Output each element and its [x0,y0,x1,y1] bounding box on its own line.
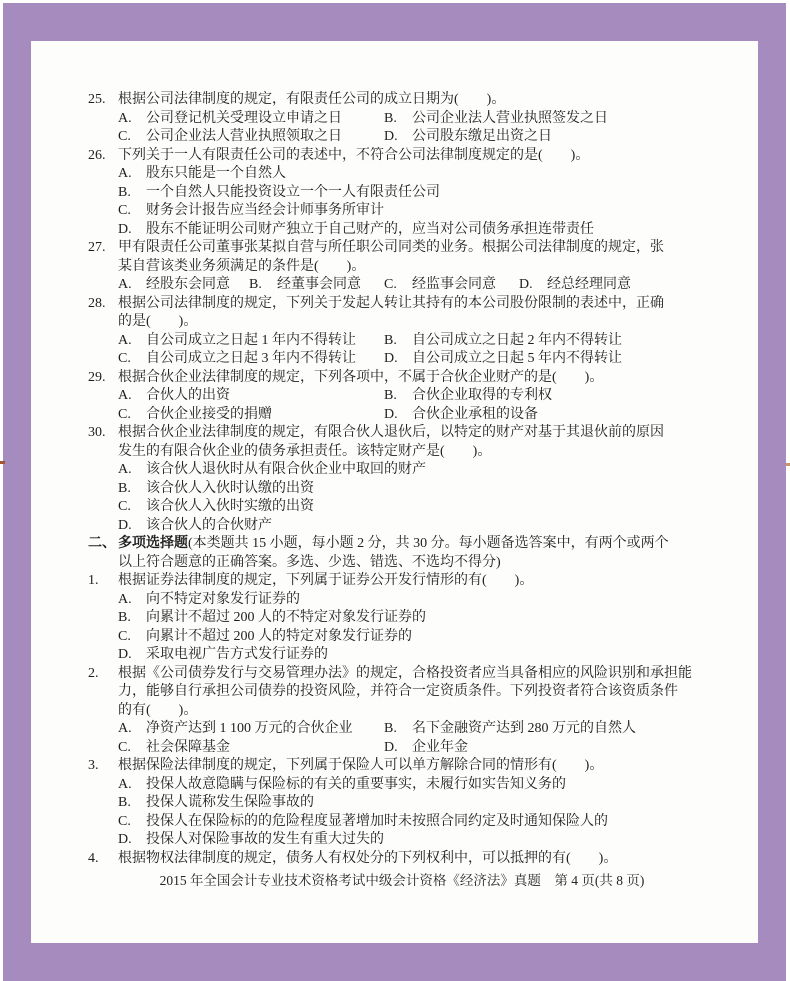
option-row: A.公司登记机关受理设立申请之日B.公司企业法人营业执照签发之日 [118,110,716,129]
question-body: 根据合伙企业法律制度的规定，下列各项中，不属于合伙企业财产的是( )。A.合伙人… [118,369,716,425]
question-number: 30. [88,424,118,443]
option-label: C. [118,406,146,425]
section-instructions-line2: 以上符合题意的正确答案。多选、少选、错选、不选均不得分) [118,554,716,573]
option-line: B.向累计不超过 200 人的不特定对象发行证券的 [118,609,716,628]
option-label: D. [118,221,146,240]
question-line: 根据公司法律制度的规定，有限责任公司的成立日期为( )。 [118,91,716,110]
option-text: 采取电视广告方式发行证券的 [146,647,328,662]
option: A.自公司成立之日起 1 年内不得转让 [118,332,384,351]
option: C.自公司成立之日起 3 年内不得转让 [118,350,384,369]
option-line: B.投保人谎称发生保险事故的 [118,794,716,813]
option-row: A.合伙人的出资B.合伙企业取得的专利权 [118,387,716,406]
question-number: 26. [88,147,118,166]
option-label: C. [384,276,412,295]
option-line: B.该合伙人入伙时认缴的出资 [118,480,716,499]
question-line: 根据保险法律制度的规定，下列属于保险人可以单方解除合同的情形有( )。 [118,757,716,776]
option: B.自公司成立之日起 2 年内不得转让 [384,332,622,351]
option: D.合伙企业承租的设备 [384,406,538,425]
question-line: 某自营该类业务须满足的条件是( )。 [118,258,716,277]
option-text: 经监事会同意 [412,277,496,292]
option: C.公司企业法人营业执照领取之日 [118,128,384,147]
section-title-line: 多项选择题(本类题共 15 小题，每小题 2 分，共 30 分。每小题备选答案中… [118,535,716,554]
question-line: 根据证券法律制度的规定，下列属于证券公开发行情形的有( )。 [118,572,716,591]
option: D.企业年金 [384,739,468,758]
option-label: B. [118,480,146,499]
option-label: C. [118,128,146,147]
option-text: 合伙企业取得的专利权 [412,388,552,403]
question-number: 4. [88,850,118,869]
option-line: A.向不特定对象发行证券的 [118,591,716,610]
option-label: D. [384,350,412,369]
question-body: 根据公司法律制度的规定，有限责任公司的成立日期为( )。A.公司登记机关受理设立… [118,91,716,147]
option-text: 名下金融资产达到 280 万元的自然人 [412,721,636,736]
option-text: 向累计不超过 200 人的特定对象发行证券的 [146,629,412,644]
option-text: 经股东会同意 [146,277,230,292]
option-text: 经董事会同意 [277,277,361,292]
option-label: D. [384,128,412,147]
question-block: 29.根据合伙企业法律制度的规定，下列各项中，不属于合伙企业财产的是( )。A.… [88,369,716,425]
question-body: 根据公司法律制度的规定，下列关于发起人转让其持有的本公司股份限制的表述中，正确的… [118,295,716,369]
option-label: C. [118,202,146,221]
option: A.公司登记机关受理设立申请之日 [118,110,384,129]
page-footer: 2015 年全国会计专业技术资格考试中级会计资格《经济法》真题 第 4 页(共 … [88,869,716,889]
option-label: A. [118,776,146,795]
option-label: A. [118,332,146,351]
option-row: C.社会保障基金D.企业年金 [118,739,716,758]
option-text: 公司企业法人营业执照签发之日 [412,111,608,126]
option-text: 企业年金 [412,740,468,755]
question-line: 发生的有限合伙企业的债务承担责任。该特定财产是( )。 [118,443,716,462]
question-number: 2. [88,665,118,684]
question-block: 27.甲有限责任公司董事张某拟自营与所任职公司同类的业务。根据公司法律制度的规定… [88,239,716,295]
option-text: 向不特定对象发行证券的 [146,592,300,607]
option-line: C.向累计不超过 200 人的特定对象发行证券的 [118,628,716,647]
option-label: B. [384,110,412,129]
option-line: D.该合伙人的合伙财产 [118,517,716,536]
question-line: 甲有限责任公司董事张某拟自营与所任职公司同类的业务。根据公司法律制度的规定，张 [118,239,716,258]
option-label: C. [118,739,146,758]
option-text: 合伙企业接受的捐赠 [146,407,272,422]
option-row: A.净资产达到 1 100 万元的合伙企业B.名下金融资产达到 280 万元的自… [118,720,716,739]
option-line: D.投保人对保险事故的发生有重大过失的 [118,831,716,850]
option-text: 该合伙人入伙时认缴的出资 [146,481,314,496]
option-row: A.自公司成立之日起 1 年内不得转让B.自公司成立之日起 2 年内不得转让 [118,332,716,351]
question-block: 26.下列关于一人有限责任公司的表述中，不符合公司法律制度规定的是( )。A.股… [88,147,716,240]
question-block: 3.根据保险法律制度的规定，下列属于保险人可以单方解除合同的情形有( )。A.投… [88,757,716,850]
option-text: 该合伙人入伙时实缴的出资 [146,499,314,514]
exam-scan-page: { "colors": { "border": "#a68bbe", "pape… [0,0,790,981]
question-block: 30.根据合伙企业法律制度的规定，有限合伙人退伙后，以特定的财产对基于其退伙前的… [88,424,716,535]
option-text: 自公司成立之日起 3 年内不得转让 [146,351,356,366]
option-label: B. [384,332,412,351]
section-body: 多项选择题(本类题共 15 小题，每小题 2 分，共 30 分。每小题备选答案中… [118,535,716,572]
option-label: B. [118,184,146,203]
question-body: 下列关于一人有限责任公司的表述中，不符合公司法律制度规定的是( )。A.股东只能… [118,147,716,240]
option-label: D. [118,517,146,536]
question-block: 4.根据物权法律制度的规定，债务人有权处分的下列权利中，可以抵押的有( )。 [88,850,716,869]
question-line: 力，能够自行承担公司债券的投资风险，并符合一定资质条件。下列投资者符合该资质条件 [118,683,716,702]
option-label: D. [384,739,412,758]
option-label: C. [118,628,146,647]
option-text: 社会保障基金 [146,740,230,755]
option-label: A. [118,165,146,184]
option-text: 该合伙人的合伙财产 [146,518,272,533]
question-body: 根据合伙企业法律制度的规定，有限合伙人退伙后，以特定的财产对基于其退伙前的原因发… [118,424,716,535]
section-title: 多项选择题 [118,536,188,551]
option-text: 财务会计报告应当经会计师事务所审计 [146,203,384,218]
question-body: 根据物权法律制度的规定，债务人有权处分的下列权利中，可以抵押的有( )。 [118,850,716,869]
option: C.合伙企业接受的捐赠 [118,406,384,425]
option-text: 公司登记机关受理设立申请之日 [146,111,342,126]
question-list: 25.根据公司法律制度的规定，有限责任公司的成立日期为( )。A.公司登记机关受… [88,91,716,868]
question-body: 甲有限责任公司董事张某拟自营与所任职公司同类的业务。根据公司法律制度的规定，张某… [118,239,716,295]
option-row: C.公司企业法人营业执照领取之日D.公司股东缴足出资之日 [118,128,716,147]
question-line: 根据物权法律制度的规定，债务人有权处分的下列权利中，可以抵押的有( )。 [118,850,716,869]
option-text: 经总经理同意 [547,277,631,292]
option: D.公司股东缴足出资之日 [384,128,552,147]
question-body: 根据《公司债券发行与交易管理办法》的规定，合格投资者应当具备相应的风险识别和承担… [118,665,716,758]
option-row: C.合伙企业接受的捐赠D.合伙企业承租的设备 [118,406,716,425]
option-label: D. [118,646,146,665]
question-line: 的有( )。 [118,702,716,721]
option: D.自公司成立之日起 5 年内不得转让 [384,350,622,369]
question-number: 1. [88,572,118,591]
option-line: C.投保人在保险标的的危险程度显著增加时未按照合同约定及时通知保险人的 [118,813,716,832]
option-text: 投保人对保险事故的发生有重大过失的 [146,832,384,847]
section-number: 二、 [88,535,118,554]
option-line: A.投保人故意隐瞒与保险标的有关的重要事实，未履行如实告知义务的 [118,776,716,795]
option-label: C. [118,498,146,517]
option-line: D.股东不能证明公司财产独立于自己财产的，应当对公司债务承担连带责任 [118,221,716,240]
section-heading: 二、多项选择题(本类题共 15 小题，每小题 2 分，共 30 分。每小题备选答… [88,535,716,572]
option-text: 投保人谎称发生保险事故的 [146,795,314,810]
option-label: B. [384,720,412,739]
question-number: 27. [88,239,118,258]
question-block: 1.根据证券法律制度的规定，下列属于证券公开发行情形的有( )。A.向不特定对象… [88,572,716,665]
option-row: A.经股东会同意B.经董事会同意C.经监事会同意D.经总经理同意 [118,276,716,295]
option-text: 净资产达到 1 100 万元的合伙企业 [146,721,353,736]
option: A.净资产达到 1 100 万元的合伙企业 [118,720,384,739]
exam-paper-sheet: 25.根据公司法律制度的规定，有限责任公司的成立日期为( )。A.公司登记机关受… [31,41,758,943]
option-text: 该合伙人退伙时从有限合伙企业中取回的财产 [146,462,426,477]
option-label: B. [118,794,146,813]
option-line: B.一个自然人只能投资设立一个一人有限责任公司 [118,184,716,203]
question-line: 根据合伙企业法律制度的规定，有限合伙人退伙后，以特定的财产对基于其退伙前的原因 [118,424,716,443]
option-text: 自公司成立之日起 1 年内不得转让 [146,333,356,348]
option-text: 公司股东缴足出资之日 [412,129,552,144]
option-text: 自公司成立之日起 5 年内不得转让 [412,351,622,366]
option-text: 一个自然人只能投资设立一个一人有限责任公司 [146,185,440,200]
option-label: A. [118,110,146,129]
option-text: 公司企业法人营业执照领取之日 [146,129,342,144]
option: B.名下金融资产达到 280 万元的自然人 [384,720,636,739]
question-line: 下列关于一人有限责任公司的表述中，不符合公司法律制度规定的是( )。 [118,147,716,166]
option: A.合伙人的出资 [118,387,384,406]
option-text: 投保人在保险标的的危险程度显著增加时未按照合同约定及时通知保险人的 [146,814,608,829]
option-line: C.该合伙人入伙时实缴的出资 [118,498,716,517]
option-label: B. [384,387,412,406]
option-label: D. [384,406,412,425]
question-number: 29. [88,369,118,388]
option-label: A. [118,591,146,610]
option-text: 股东不能证明公司财产独立于自己财产的，应当对公司债务承担连带责任 [146,222,594,237]
option-label: C. [118,350,146,369]
option-line: A.股东只能是一个自然人 [118,165,716,184]
option: C.经监事会同意 [384,276,519,295]
question-number: 28. [88,295,118,314]
question-number: 3. [88,757,118,776]
registration-mark-left [0,461,5,464]
option-line: D.采取电视广告方式发行证券的 [118,646,716,665]
option-label: A. [118,276,146,295]
question-block: 28.根据公司法律制度的规定，下列关于发起人转让其持有的本公司股份限制的表述中，… [88,295,716,369]
option-label: A. [118,461,146,480]
question-block: 2.根据《公司债券发行与交易管理办法》的规定，合格投资者应当具备相应的风险识别和… [88,665,716,758]
option-text: 向累计不超过 200 人的不特定对象发行证券的 [146,610,426,625]
option-line: C.财务会计报告应当经会计师事务所审计 [118,202,716,221]
option-label: A. [118,387,146,406]
option-label: D. [519,276,547,295]
question-body: 根据证券法律制度的规定，下列属于证券公开发行情形的有( )。A.向不特定对象发行… [118,572,716,665]
option: B.经董事会同意 [249,276,384,295]
option-text: 合伙人的出资 [146,388,230,403]
option: B.合伙企业取得的专利权 [384,387,552,406]
option-text: 自公司成立之日起 2 年内不得转让 [412,333,622,348]
question-block: 25.根据公司法律制度的规定，有限责任公司的成立日期为( )。A.公司登记机关受… [88,91,716,147]
question-number: 25. [88,91,118,110]
option: D.经总经理同意 [519,276,631,295]
option-text: 股东只能是一个自然人 [146,166,286,181]
option-label: B. [249,276,277,295]
section-instructions: (本类题共 15 小题，每小题 2 分，共 30 分。每小题备选答案中，有两个或… [188,536,669,551]
option: B.公司企业法人营业执照签发之日 [384,110,608,129]
option-row: C.自公司成立之日起 3 年内不得转让D.自公司成立之日起 5 年内不得转让 [118,350,716,369]
option-label: C. [118,813,146,832]
question-line: 根据公司法律制度的规定，下列关于发起人转让其持有的本公司股份限制的表述中，正确 [118,295,716,314]
registration-mark-right [786,463,790,466]
question-line: 根据合伙企业法律制度的规定，下列各项中，不属于合伙企业财产的是( )。 [118,369,716,388]
option: A.经股东会同意 [118,276,249,295]
question-line: 根据《公司债券发行与交易管理办法》的规定，合格投资者应当具备相应的风险识别和承担… [118,665,716,684]
option-label: B. [118,609,146,628]
option-text: 投保人故意隐瞒与保险标的有关的重要事实，未履行如实告知义务的 [146,777,566,792]
option: C.社会保障基金 [118,739,384,758]
option-text: 合伙企业承租的设备 [412,407,538,422]
option-label: A. [118,720,146,739]
option-label: D. [118,831,146,850]
question-line: 的是( )。 [118,313,716,332]
question-body: 根据保险法律制度的规定，下列属于保险人可以单方解除合同的情形有( )。A.投保人… [118,757,716,850]
option-line: A.该合伙人退伙时从有限合伙企业中取回的财产 [118,461,716,480]
